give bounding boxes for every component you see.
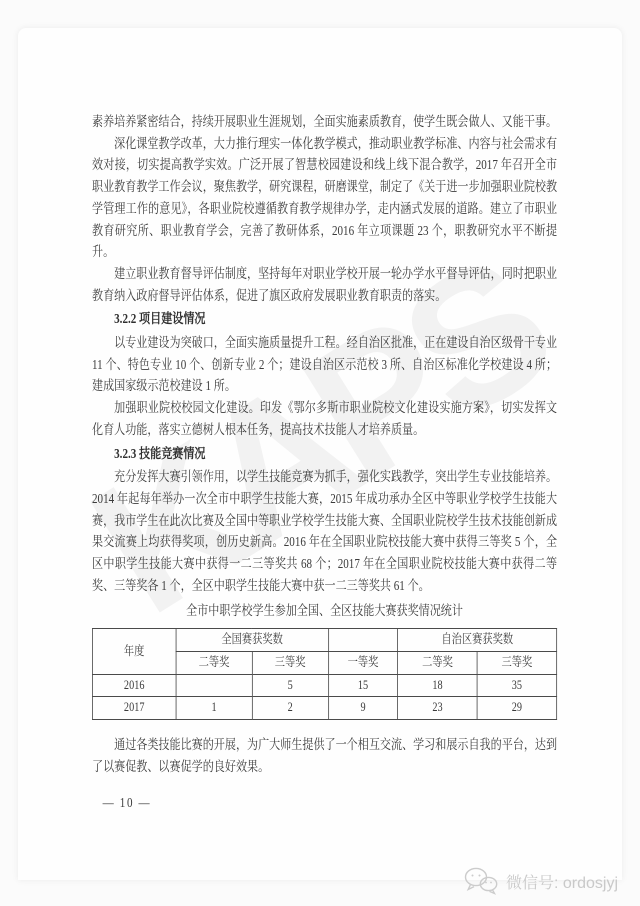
value-cell: 9 bbox=[328, 697, 398, 720]
table-header-row-1: 年度 全国赛获奖数 自治区赛获奖数 bbox=[92, 629, 556, 652]
value-cell: 1 bbox=[176, 697, 252, 720]
wechat-footer: 微信号: ordosjyj bbox=[463, 866, 618, 896]
table-row: 2017 1 2 9 23 29 bbox=[92, 697, 556, 720]
subheader-cell: 二等奖 bbox=[398, 651, 477, 674]
section-heading-322: 3.2.2 项目建设情况 bbox=[92, 308, 557, 330]
value-cell: 23 bbox=[398, 697, 477, 720]
wechat-label: 微信号: ordosjyj bbox=[506, 870, 618, 893]
year-cell: 2017 bbox=[92, 697, 176, 720]
region-group-header-cell: 自治区赛获奖数 bbox=[398, 629, 557, 652]
value-cell bbox=[176, 674, 252, 697]
paragraph: 充分发挥大赛引领作用，以学生技能竞赛为抓手，强化实践教学，突出学生专业技能培养。… bbox=[92, 466, 557, 596]
table-row: 2016 5 15 18 35 bbox=[92, 674, 556, 697]
empty-header-cell bbox=[328, 629, 398, 652]
year-header-cell: 年度 bbox=[92, 629, 176, 674]
paragraph: 以专业建设为突破口，全面实施质量提升工程。经自治区批准，正在建设自治区级骨干专业… bbox=[92, 332, 557, 397]
paragraph: 建立职业教育督导评估制度，坚持每年对职业学校开展一轮办学水平督导评估，同时把职业… bbox=[92, 263, 557, 306]
awards-table: 年度 全国赛获奖数 自治区赛获奖数 二等奖 三等奖 一等奖 二等奖 三等奖 20… bbox=[92, 628, 557, 720]
section-heading-323: 3.2.3 技能竞赛情况 bbox=[92, 443, 557, 465]
value-cell: 2 bbox=[252, 697, 328, 720]
national-group-header-cell: 全国赛获奖数 bbox=[176, 629, 328, 652]
page-number: — 10 — bbox=[92, 792, 557, 814]
subheader-cell: 一等奖 bbox=[328, 651, 398, 674]
value-cell: 5 bbox=[252, 674, 328, 697]
value-cell: 18 bbox=[398, 674, 477, 697]
subheader-cell: 三等奖 bbox=[252, 651, 328, 674]
page-content: 素养培养紧密结合，持续开展职业生涯规划，全面实施素质教育，使学生既会做人、又能干… bbox=[92, 111, 557, 814]
paragraph: 通过各类技能比赛的开展，为广大师生提供了一个相互交流、学习和展示自我的平台，达到… bbox=[92, 734, 557, 777]
value-cell: 29 bbox=[477, 697, 556, 720]
document-page: KAPS 素养培养紧密结合，持续开展职业生涯规划，全面实施素质教育，使学生既会做… bbox=[18, 28, 622, 880]
subheader-cell: 二等奖 bbox=[176, 651, 252, 674]
value-cell: 35 bbox=[477, 674, 556, 697]
subheader-cell: 三等奖 bbox=[477, 651, 556, 674]
year-cell: 2016 bbox=[92, 674, 176, 697]
value-cell: 15 bbox=[328, 674, 398, 697]
paragraph: 加强职业院校校园文化建设。印发《鄂尔多斯市职业院校文化建设实施方案》，切实发挥文… bbox=[92, 397, 557, 440]
paragraph-continued: 素养培养紧密结合，持续开展职业生涯规划，全面实施素质教育，使学生既会做人、又能干… bbox=[92, 111, 557, 133]
paragraph: 深化课堂教学改革，大力推行理实一体化教学模式，推动职业教学标准、内容与社会需求有… bbox=[92, 133, 557, 263]
table-caption: 全市中职学校学生参加全国、全区技能大赛获奖情况统计 bbox=[92, 600, 557, 622]
wechat-icon bbox=[463, 866, 499, 896]
